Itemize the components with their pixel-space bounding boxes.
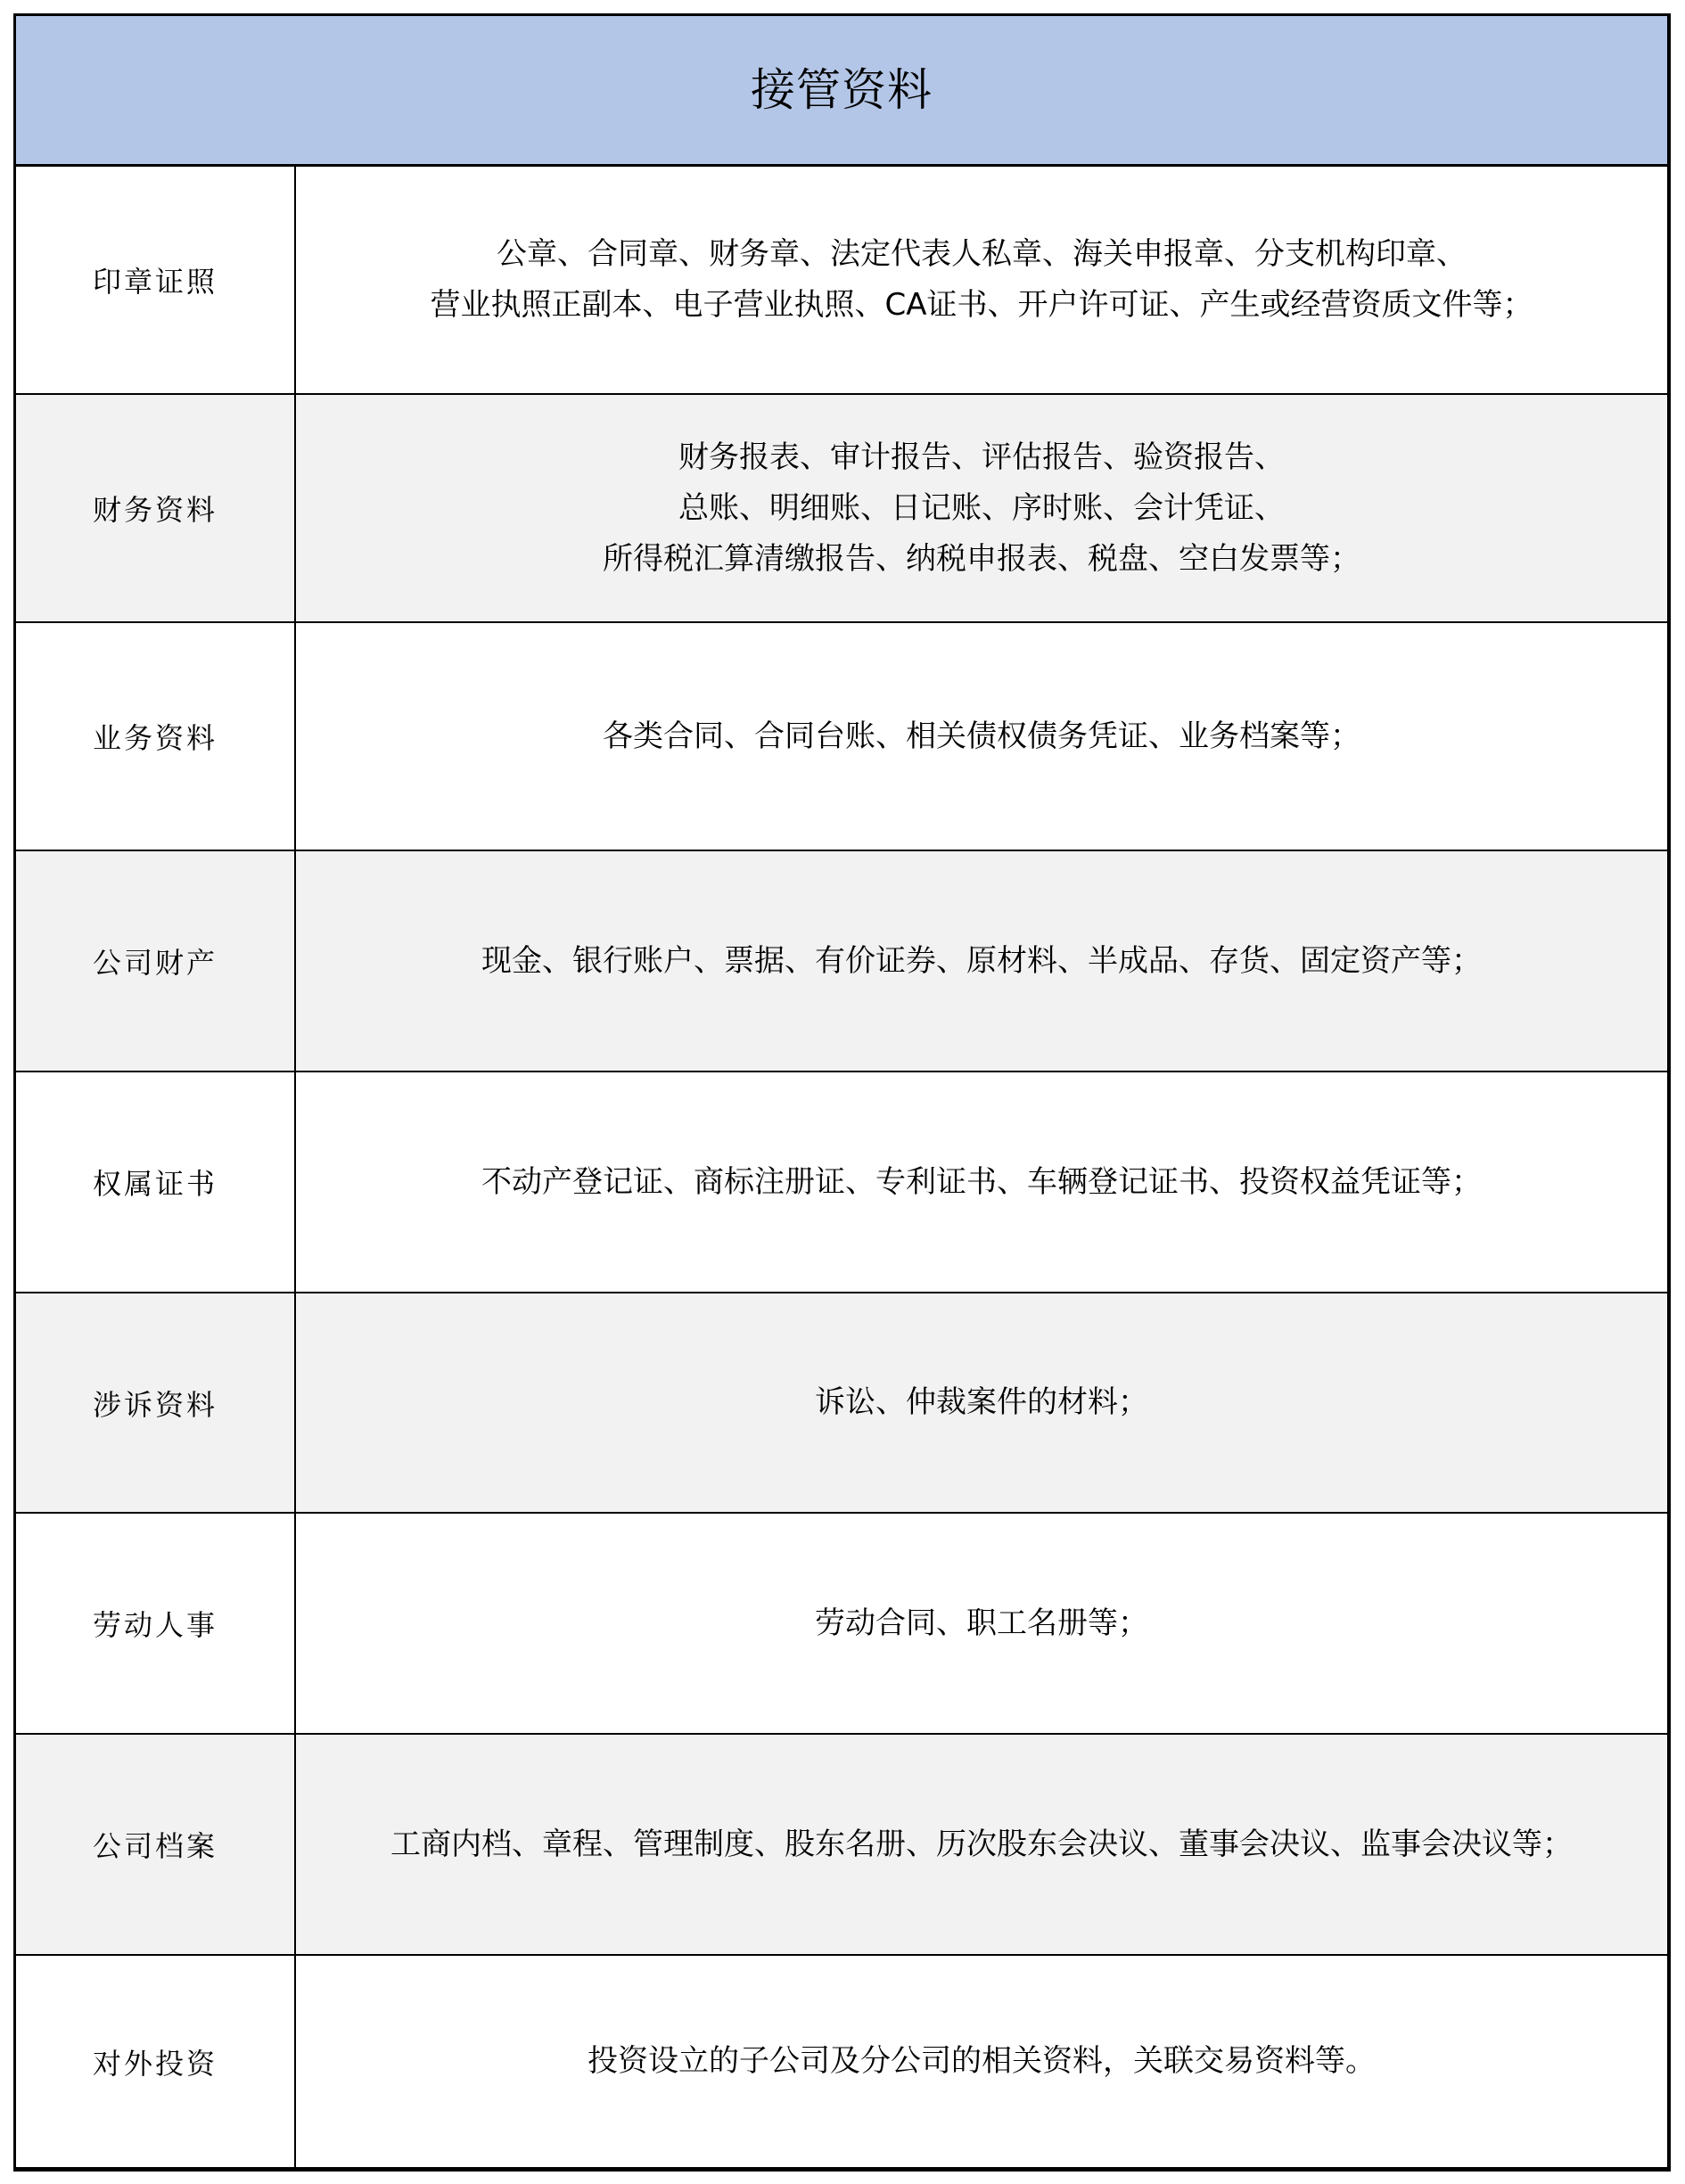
table-title: 接管资料	[751, 68, 933, 112]
row-content: 各类合同、合同台账、相关债权债务凭证、业务档案等；	[296, 623, 1667, 850]
row-label: 劳动人事	[16, 1514, 296, 1733]
row-content: 公章、合同章、财务章、法定代表人私章、海关申报章、分支机构印章、 营业执照正副本…	[296, 167, 1667, 393]
content-line: 营业执照正副本、电子营业执照、CA证书、开户许可证、产生或经营资质文件等；	[431, 280, 1533, 331]
content-line: 公章、合同章、财务章、法定代表人私章、海关申报章、分支机构印章、	[497, 229, 1467, 280]
content-line: 投资设立的子公司及分公司的相关资料，关联交易资料等。	[588, 2036, 1376, 2087]
content-line: 不动产登记证、商标注册证、专利证书、车辆登记证书、投资权益凭证等；	[481, 1157, 1482, 1208]
row-label: 业务资料	[16, 623, 296, 850]
content-line: 现金、银行账户、票据、有价证券、原材料、半成品、存货、固定资产等；	[481, 936, 1482, 987]
row-label: 权属证书	[16, 1072, 296, 1292]
row-content: 工商内档、章程、管理制度、股东名册、历次股东会决议、董事会决议、监事会决议等；	[296, 1735, 1667, 1954]
row-label: 印章证照	[16, 167, 296, 393]
row-label: 对外投资	[16, 1956, 296, 2167]
content-line: 诉讼、仲裁案件的材料；	[815, 1377, 1148, 1428]
row-content: 诉讼、仲裁案件的材料；	[296, 1293, 1667, 1512]
row-content: 劳动合同、职工名册等；	[296, 1514, 1667, 1733]
table-row-financial-materials: 财务资料 财务报表、审计报告、评估报告、验资报告、 总账、明细账、日记账、序时账…	[16, 395, 1667, 623]
content-line: 工商内档、章程、管理制度、股东名册、历次股东会决议、董事会决议、监事会决议等；	[390, 1819, 1573, 1870]
table-row-litigation-materials: 涉诉资料 诉讼、仲裁案件的材料；	[16, 1293, 1667, 1514]
row-label: 公司档案	[16, 1735, 296, 1954]
table-row-company-assets: 公司财产 现金、银行账户、票据、有价证券、原材料、半成品、存货、固定资产等；	[16, 851, 1667, 1072]
content-line: 各类合同、合同台账、相关债权债务凭证、业务档案等；	[603, 711, 1360, 762]
row-content: 财务报表、审计报告、评估报告、验资报告、 总账、明细账、日记账、序时账、会计凭证…	[296, 395, 1667, 621]
content-line: 劳动合同、职工名册等；	[815, 1598, 1148, 1649]
row-content: 投资设立的子公司及分公司的相关资料，关联交易资料等。	[296, 1956, 1667, 2167]
row-content: 现金、银行账户、票据、有价证券、原材料、半成品、存货、固定资产等；	[296, 851, 1667, 1071]
table-row-business-materials: 业务资料 各类合同、合同台账、相关债权债务凭证、业务档案等；	[16, 623, 1667, 851]
table-row-seals-licenses: 印章证照 公章、合同章、财务章、法定代表人私章、海关申报章、分支机构印章、 营业…	[16, 167, 1667, 395]
handover-materials-table: 接管资料 印章证照 公章、合同章、财务章、法定代表人私章、海关申报章、分支机构印…	[13, 13, 1671, 2172]
content-line: 财务报表、审计报告、评估报告、验资报告、	[678, 432, 1285, 483]
table-row-ownership-certificates: 权属证书 不动产登记证、商标注册证、专利证书、车辆登记证书、投资权益凭证等；	[16, 1072, 1667, 1293]
content-line: 所得税汇算清缴报告、纳税申报表、税盘、空白发票等；	[603, 534, 1360, 585]
table-header: 接管资料	[16, 16, 1667, 167]
table-row-labor-personnel: 劳动人事 劳动合同、职工名册等；	[16, 1514, 1667, 1735]
content-line: 总账、明细账、日记账、序时账、会计凭证、	[678, 483, 1285, 534]
row-label: 财务资料	[16, 395, 296, 621]
table-row-company-archives: 公司档案 工商内档、章程、管理制度、股东名册、历次股东会决议、董事会决议、监事会…	[16, 1735, 1667, 1956]
row-content: 不动产登记证、商标注册证、专利证书、车辆登记证书、投资权益凭证等；	[296, 1072, 1667, 1292]
row-label: 公司财产	[16, 851, 296, 1071]
row-label: 涉诉资料	[16, 1293, 296, 1512]
table-row-external-investment: 对外投资 投资设立的子公司及分公司的相关资料，关联交易资料等。	[16, 1956, 1667, 2167]
